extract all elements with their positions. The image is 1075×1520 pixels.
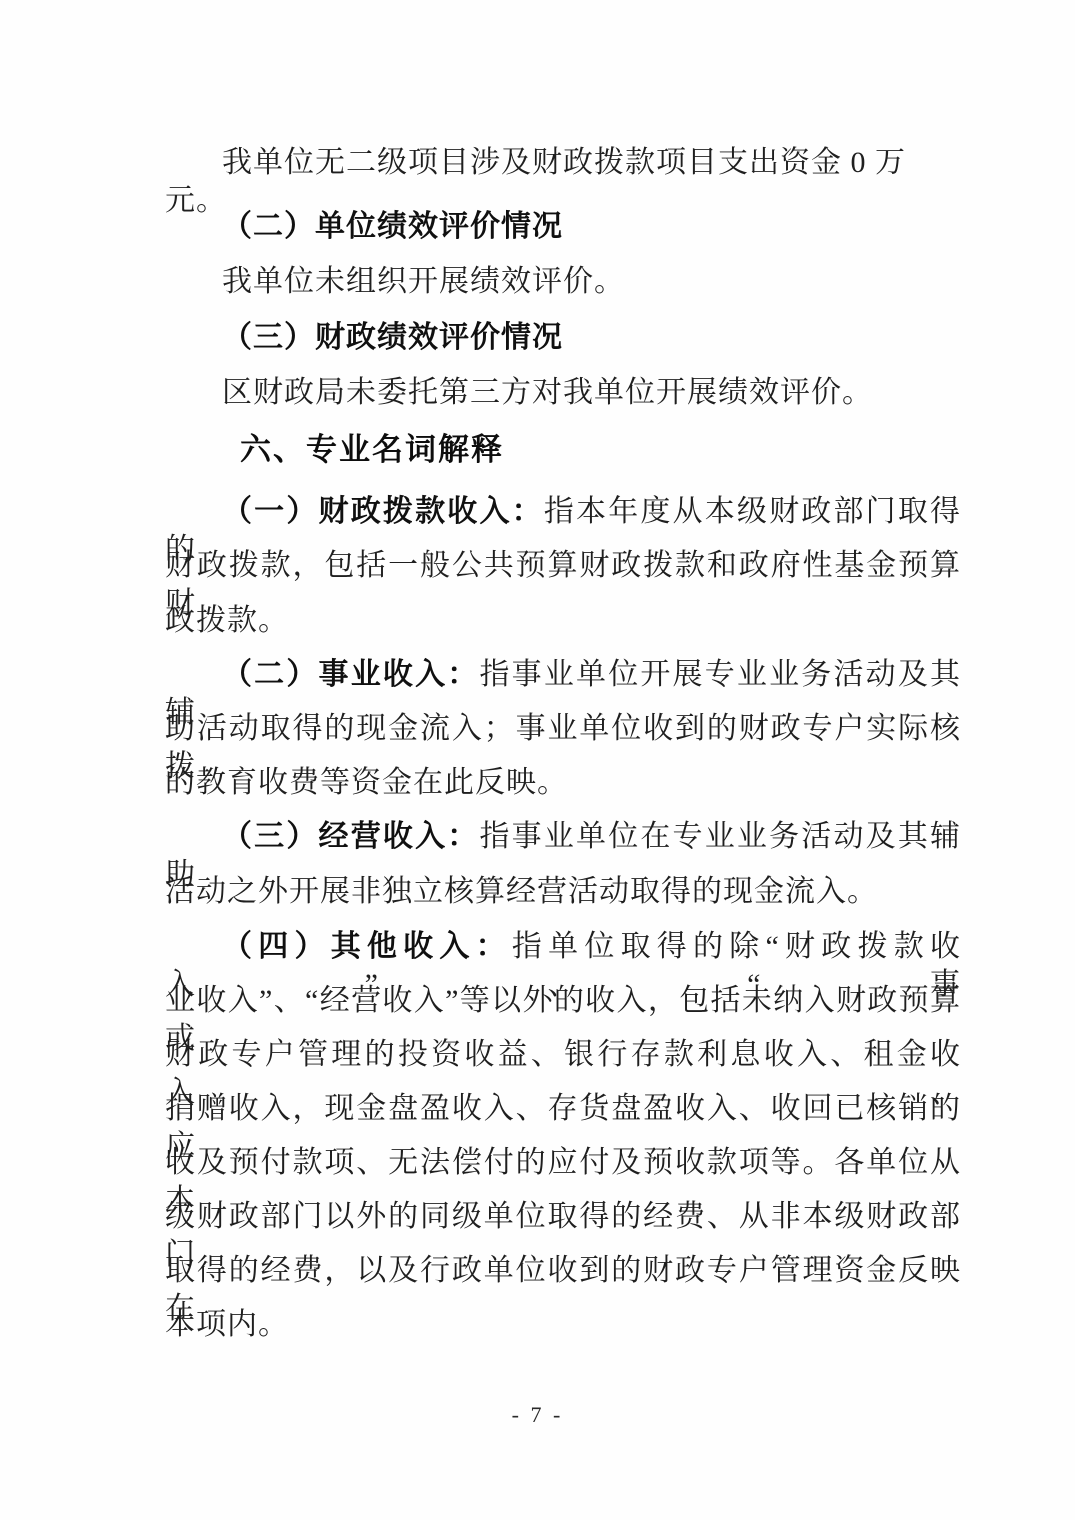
body-line: 我单位未组织开展绩效评价。	[165, 263, 961, 301]
subsection-heading-performance-eval: （二）单位绩效评价情况	[165, 208, 961, 246]
term-label: （四）其他收入：	[222, 930, 512, 963]
body-line: 活动之外开展非独立核算经营活动取得的现金流入。	[165, 873, 961, 911]
term-label: （三）经营收入：	[222, 820, 479, 853]
body-line: 区财政局未委托第三方对我单位开展绩效评价。	[165, 374, 961, 412]
subsection-heading-fiscal-eval: （三）财政绩效评价情况	[165, 319, 961, 357]
page-number: - 7 -	[0, 1402, 1075, 1428]
term-label: （二）事业收入：	[222, 658, 479, 691]
body-line: 的教育收费等资金在此反映。	[165, 764, 961, 802]
body-line: 政拨款。	[165, 602, 961, 640]
term-label: （一）财政拨款收入：	[222, 495, 544, 528]
body-line: 本项内。	[165, 1306, 961, 1344]
document-page: 我单位无二级项目涉及财政拨款项目支出资金 0 万元。 （二）单位绩效评价情况 我…	[0, 0, 1075, 1520]
section-heading-glossary: 六、专业名词解释	[165, 431, 961, 469]
